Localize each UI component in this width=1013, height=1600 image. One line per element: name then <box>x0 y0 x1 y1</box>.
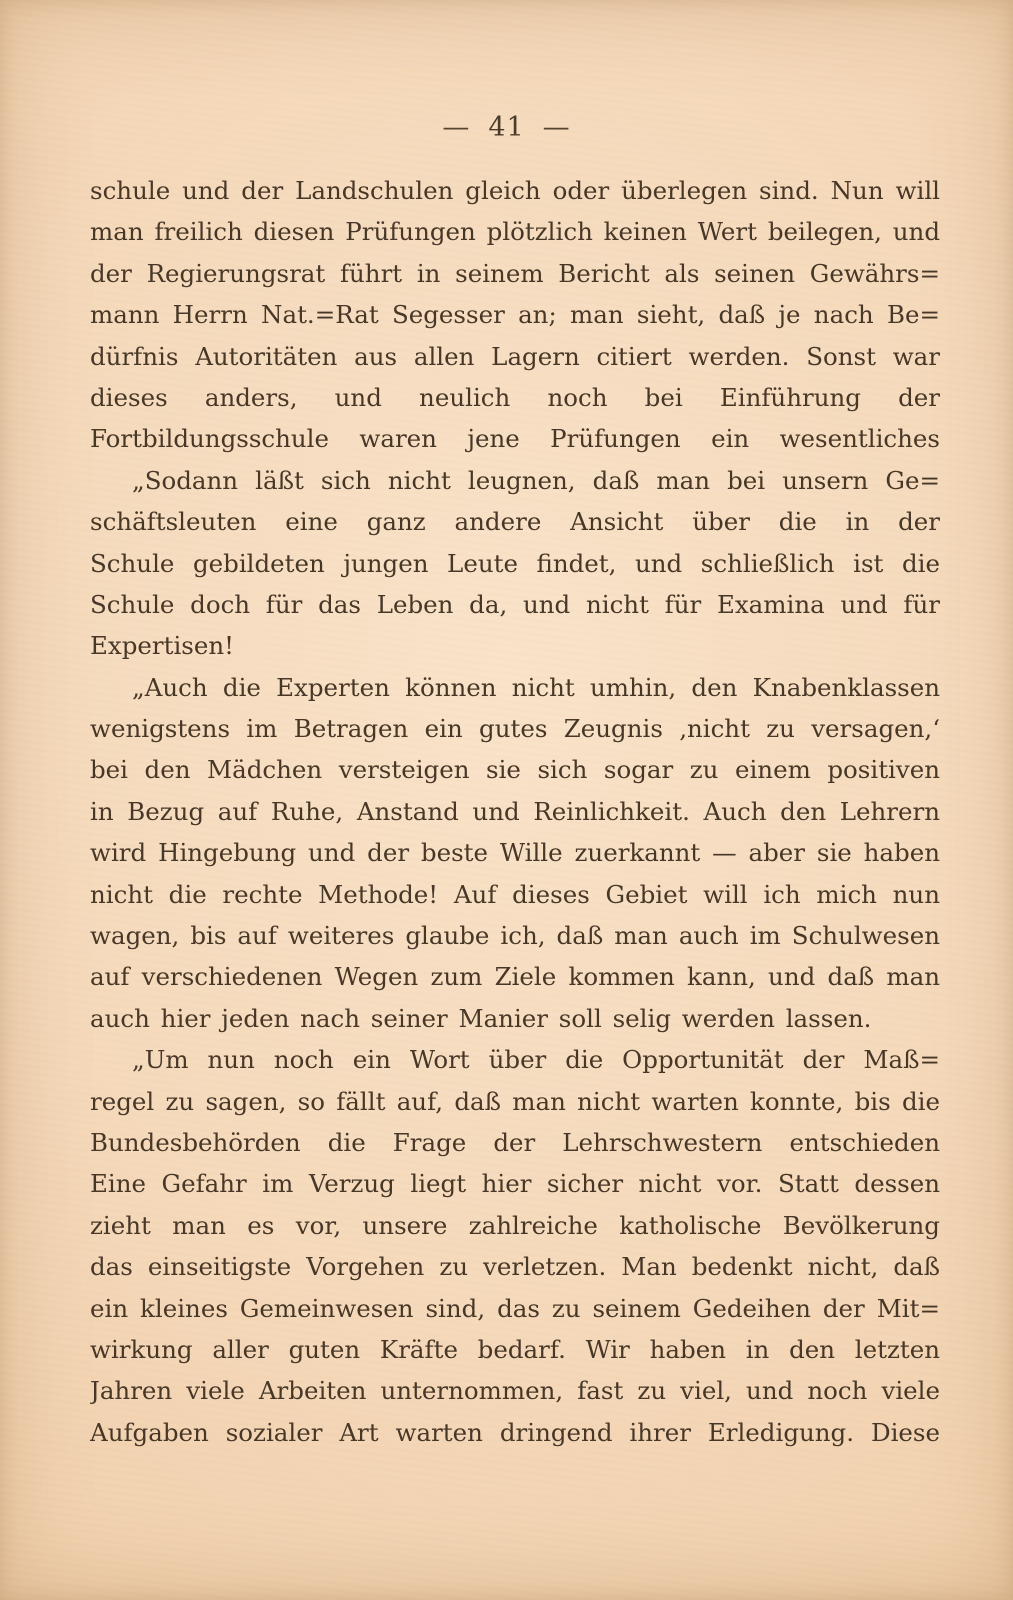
text-line-paragraph-start: „Auch die Experten können nicht umhin, d… <box>90 667 940 708</box>
text-line-paragraph-start: „Um nun noch ein Wort über die Opportuni… <box>90 1039 940 1080</box>
text-line: schule und der Landschulen gleich oder ü… <box>90 170 940 211</box>
text-line: bei den Mädchen versteigen sie sich soga… <box>90 749 940 790</box>
text-line: regel zu sagen, so fällt auf, daß man ni… <box>90 1081 940 1122</box>
text-line: schäftsleuten eine ganz andere Ansicht ü… <box>90 501 940 542</box>
text-line: Aufgaben sozialer Art warten dringend ih… <box>90 1412 940 1453</box>
text-line: Jahren viele Arbeiten unternommen, fast … <box>90 1370 940 1411</box>
text-line: Fortbildungsschule waren jene Prüfungen … <box>90 418 940 459</box>
header-right-dash: — <box>525 112 589 143</box>
text-line: wagen, bis auf weiteres glaube ich, daß … <box>90 915 940 956</box>
text-line: Bundesbehörden die Frage der Lehrschwest… <box>90 1122 940 1163</box>
text-line: auf verschiedenen Wegen zum Ziele kommen… <box>90 956 940 997</box>
text-line: das einseitigste Vorgehen zu verletzen. … <box>90 1246 940 1287</box>
text-line: man freilich diesen Prüfungen plötzlich … <box>90 211 940 252</box>
page-number: 41 <box>488 112 524 143</box>
text-line: dürfnis Autoritäten aus allen Lagern cit… <box>90 336 940 377</box>
text-line: Schule doch für das Leben da, und nicht … <box>90 584 940 625</box>
text-line: der Regierungsrat führt in seinem Berich… <box>90 253 940 294</box>
text-line-paragraph-start: „Sodann läßt sich nicht leugnen, daß man… <box>90 460 940 501</box>
text-line-paragraph-end: auch hier jeden nach seiner Manier soll … <box>90 998 940 1039</box>
text-line: ein kleines Gemeinwesen sind, das zu sei… <box>90 1288 940 1329</box>
text-line: wird Hingebung und der beste Wille zuerk… <box>90 832 940 873</box>
text-line: mann Herrn Nat.=Rat Segesser an; man sie… <box>90 294 940 335</box>
book-page-scan: —41— schule und der Landschulen gleich o… <box>0 0 1013 1600</box>
text-line: wenigstens im Betragen ein gutes Zeugnis… <box>90 708 940 749</box>
text-line: in Bezug auf Ruhe, Anstand und Reinlichk… <box>90 791 940 832</box>
text-line: wirkung aller guten Kräfte bedarf. Wir h… <box>90 1329 940 1370</box>
text-line-paragraph-end: Expertisen! <box>90 625 940 666</box>
header-left-dash: — <box>424 112 488 143</box>
text-line: Eine Gefahr im Verzug liegt hier sicher … <box>90 1163 940 1204</box>
page-header: —41— <box>0 112 1013 143</box>
text-line: dieses anders, und neulich noch bei Einf… <box>90 377 940 418</box>
text-line: Schule gebildeten jungen Leute findet, u… <box>90 543 940 584</box>
page-body-text: schule und der Landschulen gleich oder ü… <box>90 170 940 1453</box>
text-line: zieht man es vor, unsere zahlreiche kath… <box>90 1205 940 1246</box>
text-line: nicht die rechte Methode! Auf dieses Geb… <box>90 874 940 915</box>
